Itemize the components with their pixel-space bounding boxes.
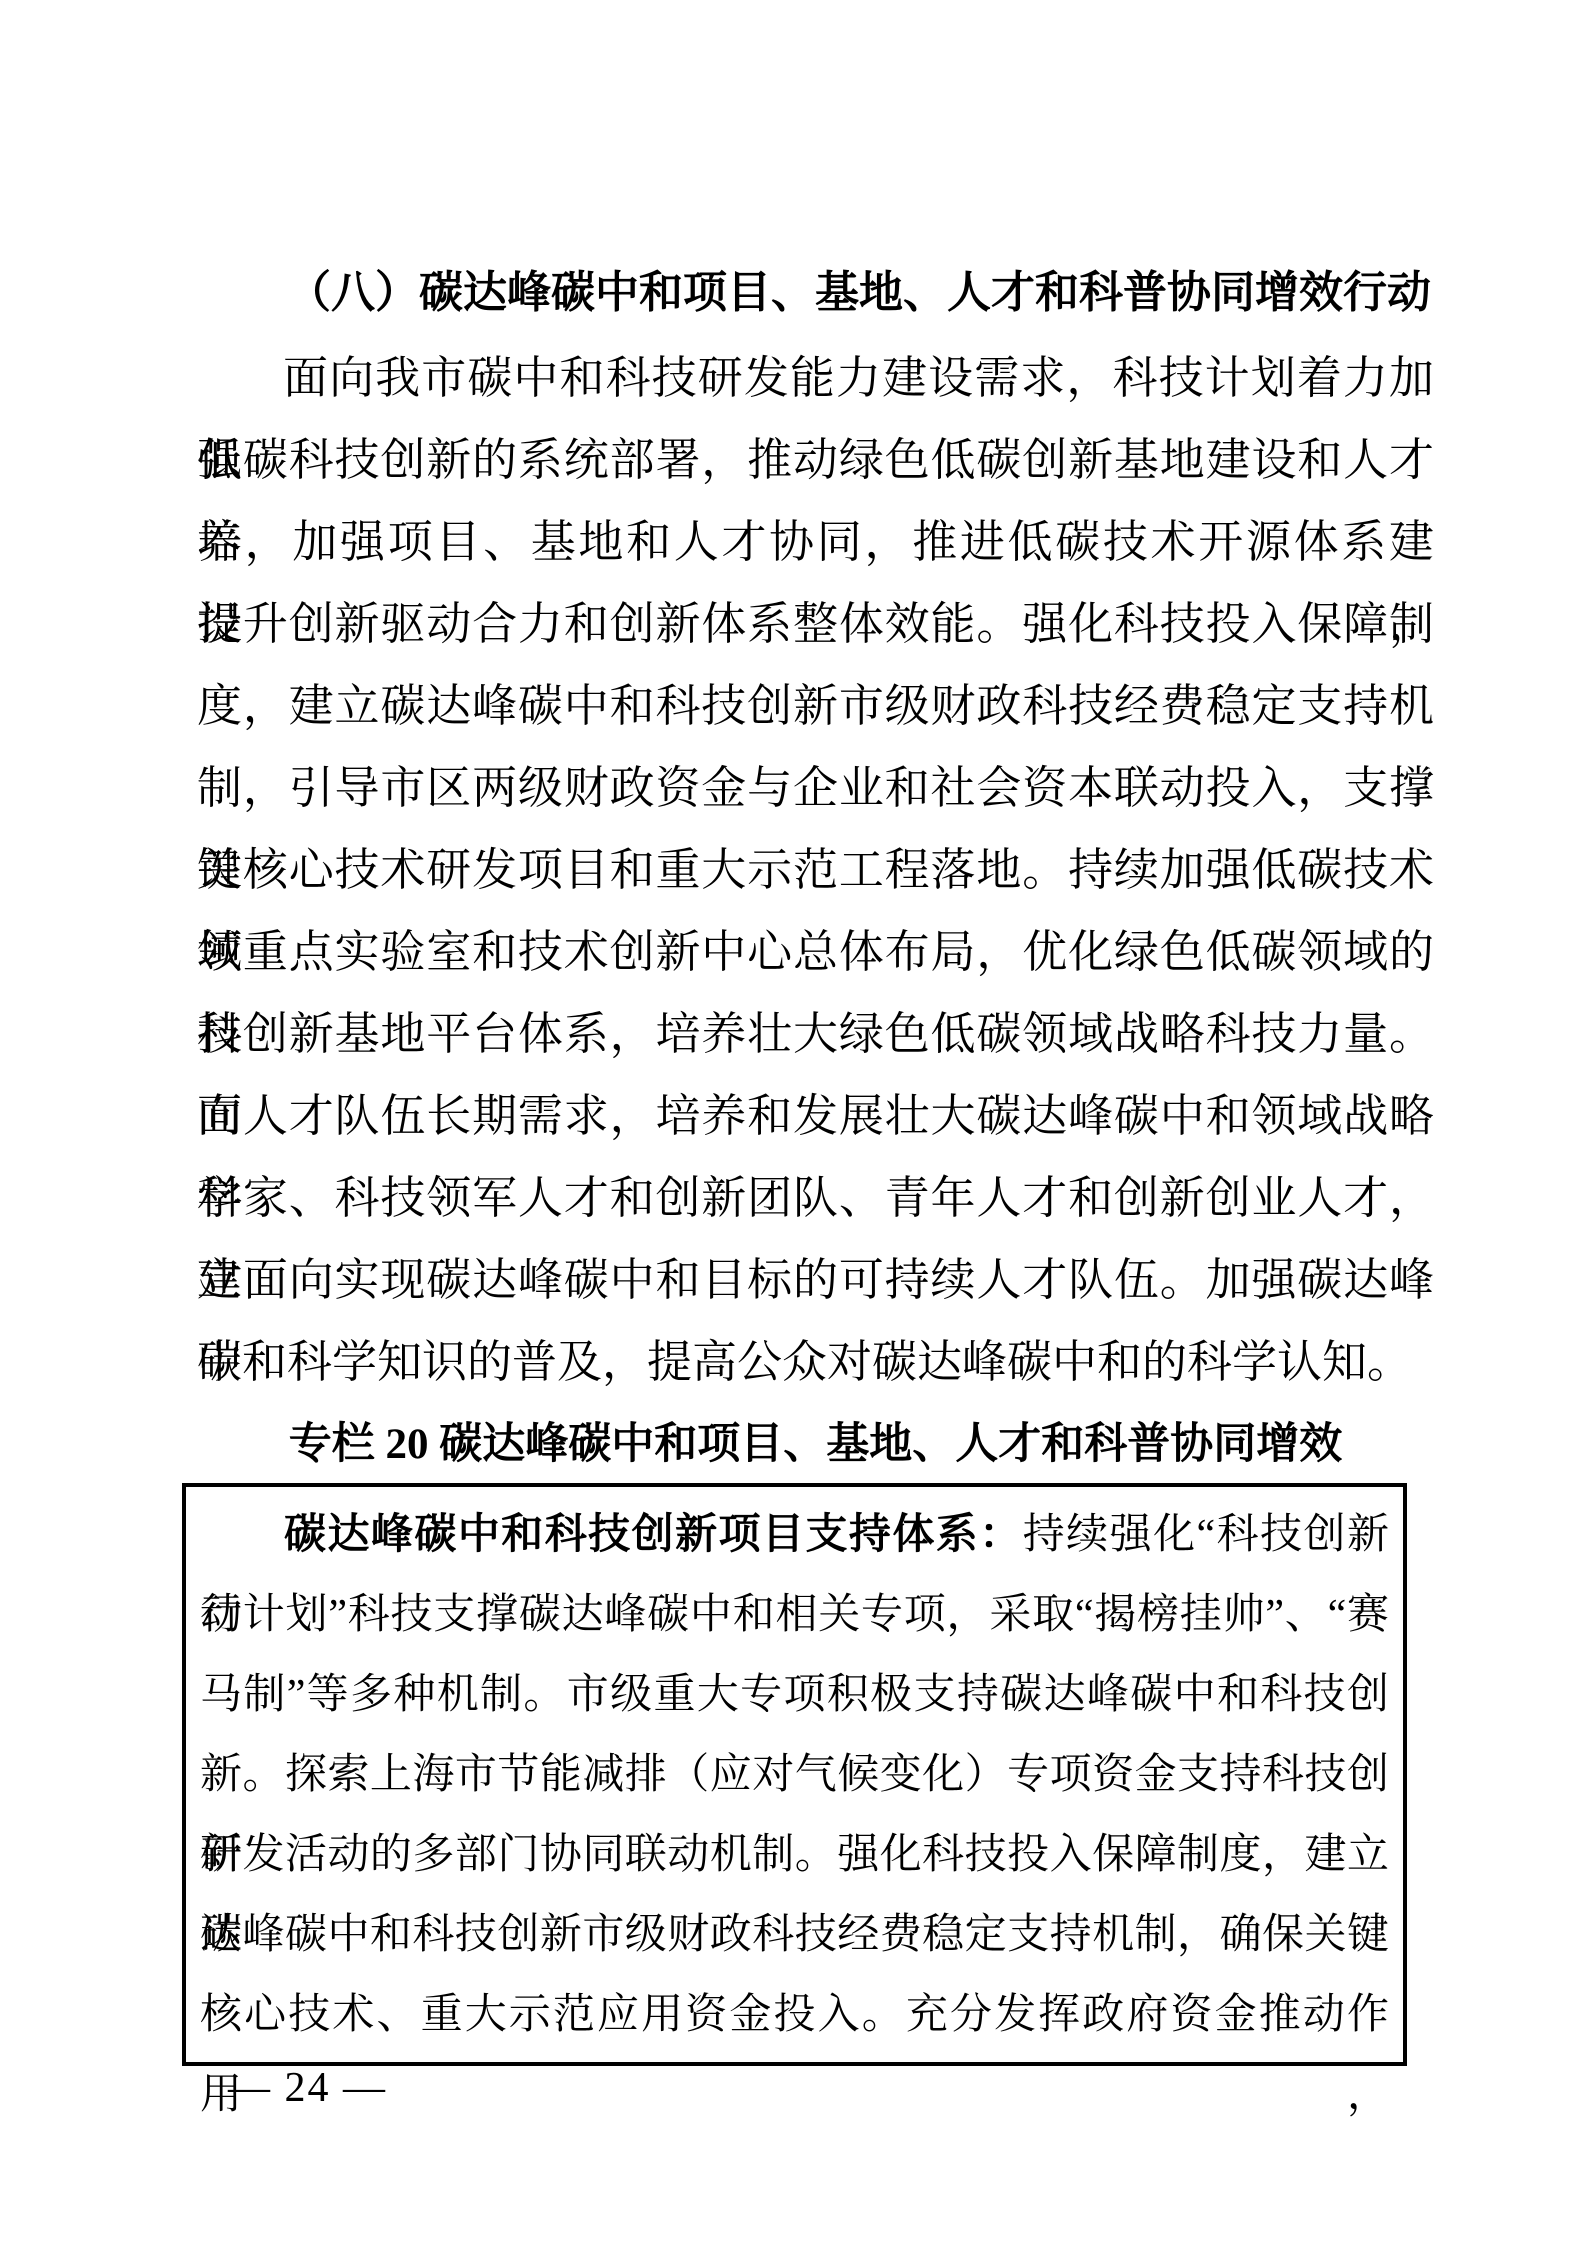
body-paragraph: 面向我市碳中和科技研发能力建设需求，科技计划着力加强 低碳科技创新的系统部署，推… [197,337,1434,1403]
column-box: 碳达峰碳中和科技创新项目支持体系：持续强化“科技创新行 动计划”科技支撑碳达峰碳… [182,1483,1407,2066]
section-heading: （八）碳达峰碳中和项目、基地、人才和科普协同增效行动 [197,252,1434,334]
box-lead-bold: 碳达峰碳中和科技创新项目支持体系： [284,1512,1023,1558]
box-line: 马制”等多种机制。市级重大专项积极支持碳达峰碳中和科技创 [200,1655,1389,1735]
body-line: 中和科学知识的普及，提高公众对碳达峰碳中和的科学认知。 [197,1321,1434,1403]
box-line: 碳达峰碳中和科技创新项目支持体系：持续强化“科技创新行 [200,1495,1389,1575]
body-line: 键核心技术研发项目和重大示范工程落地。持续加强低碳技术领 [197,829,1434,911]
body-line: 学家、科技领军人才和创新团队、青年人才和创新创业人才，建 [197,1157,1434,1239]
body-line: 向人才队伍长期需求，培养和发展壮大碳达峰碳中和领域战略科 [197,1075,1434,1157]
body-line: 提升创新驱动合力和创新体系整体效能。强化科技投入保障制 [197,583,1434,665]
body-line: 低碳科技创新的系统部署，推动绿色低碳创新基地建设和人才培 [197,419,1434,501]
body-line: 制，引导市区两级财政资金与企业和社会资本联动投入，支撑关 [197,747,1434,829]
box-line: 核心技术、重大示范应用资金投入。充分发挥政府资金推动作用， [200,1975,1389,2055]
body-line: 面向我市碳中和科技研发能力建设需求，科技计划着力加强 [197,337,1434,419]
box-line: 新。探索上海市节能减排（应对气候变化）专项资金支持科技创新 [200,1735,1389,1815]
body-line: 立面向实现碳达峰碳中和目标的可持续人才队伍。加强碳达峰碳 [197,1239,1434,1321]
box-line: 研发活动的多部门协同联动机制。强化科技投入保障制度，建立碳 [200,1815,1389,1895]
box-line: 动计划”科技支撑碳达峰碳中和相关专项，采取“揭榜挂帅”、“赛 [200,1575,1389,1655]
column-box-caption: 专栏 20 碳达峰碳中和项目、基地、人才和科普协同增效 [197,1404,1434,1486]
body-line: 域重点实验室和技术创新中心总体布局，优化绿色低碳领域的科 [197,911,1434,993]
box-line: 达峰碳中和科技创新市级财政科技经费稳定支持机制，确保关键 [200,1895,1389,1975]
body-line: 技创新基地平台体系，培养壮大绿色低碳领域战略科技力量。面 [197,993,1434,1075]
body-line: 养，加强项目、基地和人才协同，推进低碳技术开源体系建设， [197,501,1434,583]
document-page: （八）碳达峰碳中和项目、基地、人才和科普协同增效行动 面向我市碳中和科技研发能力… [0,0,1588,2245]
page-number: — 24 — [228,2066,387,2110]
body-line: 度，建立碳达峰碳中和科技创新市级财政科技经费稳定支持机 [197,665,1434,747]
